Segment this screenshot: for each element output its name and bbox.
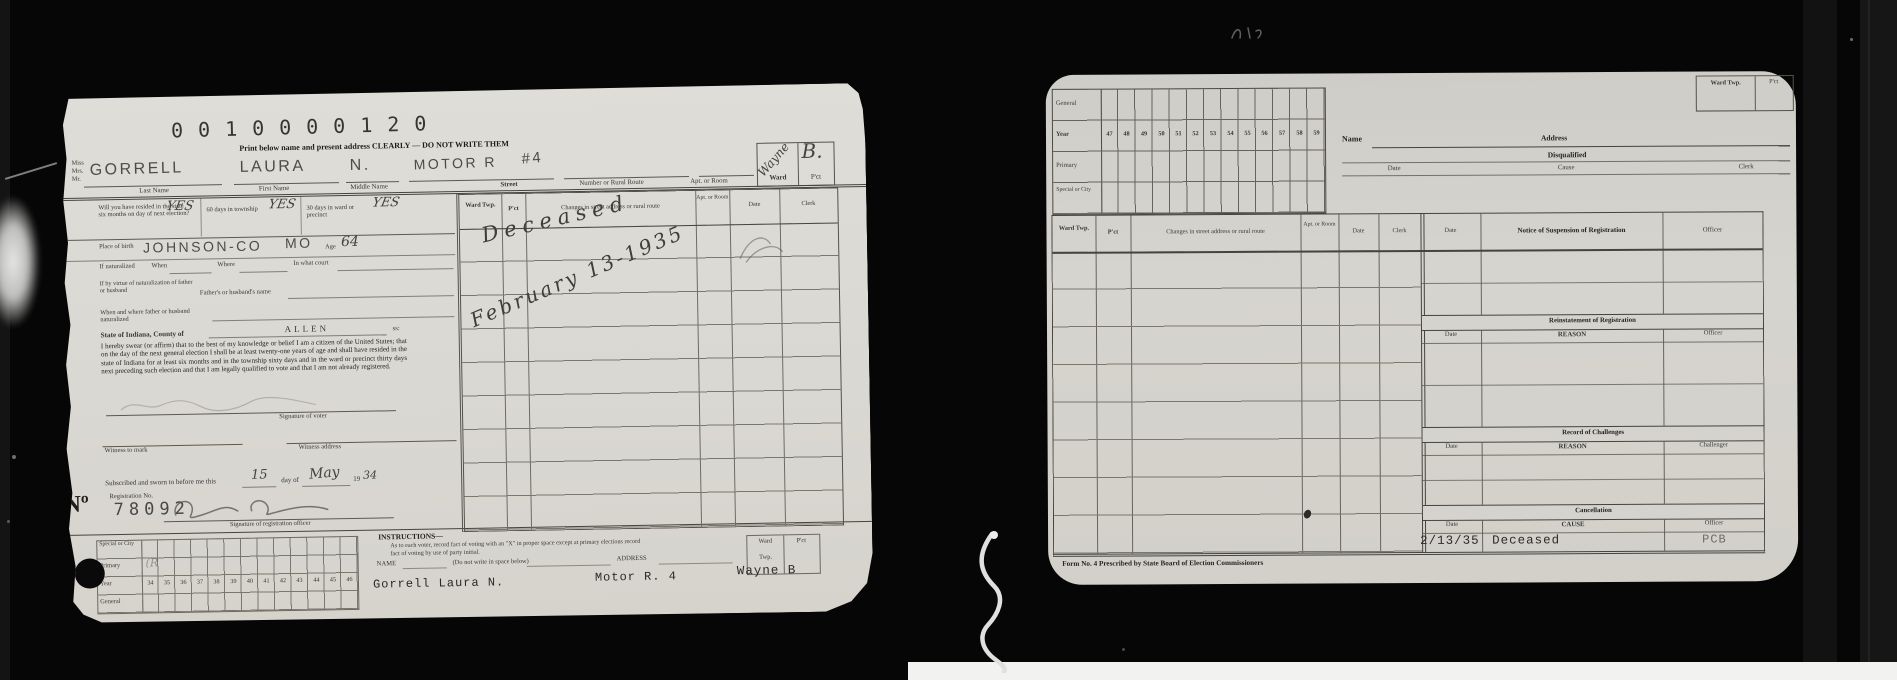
rule — [403, 567, 447, 569]
rule — [1421, 341, 1763, 344]
year-cell: 49 — [1135, 131, 1153, 138]
age-entry: 64 — [341, 235, 359, 250]
table-apt-header: Apt. or Room — [1300, 221, 1338, 228]
back-vote-row-general: General — [1056, 101, 1077, 108]
instructions-line2: fact of voting by use of party initial. — [390, 549, 479, 557]
changes-pct-header: P'ct — [501, 206, 525, 213]
index-twp-label: Twp. — [748, 554, 784, 561]
year-cell: 59 — [1308, 131, 1325, 138]
stamp-serial-number: 0010000120 — [171, 113, 442, 142]
father-name-label: Father's or husband's name — [200, 289, 271, 297]
sworn-prefix: Subscribed and sworn to before me this — [105, 478, 216, 487]
disqualified-clerk-label: Clerk — [1702, 163, 1790, 171]
table-notice-header: Notice of Suspension of Registration — [1480, 227, 1662, 235]
year-cell: 35 — [159, 580, 175, 587]
typed-address: Motor R. 4 — [595, 570, 677, 584]
film-speck — [12, 455, 16, 459]
rule — [1342, 173, 1790, 176]
street-entry: MOTOR R — [413, 155, 497, 173]
print-header: Print below name and present address CLE… — [239, 140, 509, 153]
year-cell: 41 — [258, 578, 275, 585]
sworn-day-of: day of — [281, 477, 299, 485]
prefix-miss: Miss — [72, 161, 84, 168]
challenges-date-label: Date — [1422, 444, 1482, 451]
rule — [527, 564, 611, 566]
prefix-mrs: Mrs. — [72, 169, 84, 176]
index-note: (Do not write in space below) — [453, 559, 529, 567]
prefix-mr: Mr. — [72, 177, 81, 184]
year-cell: 55 — [1239, 131, 1256, 138]
no-symbol: Nº — [63, 493, 89, 519]
year-cell: 34 — [142, 580, 159, 587]
reinstatement-officer-label: Officer — [1663, 330, 1763, 337]
vote-row-general: General — [100, 599, 120, 606]
officer-signature-label: Signature of registration officer — [230, 521, 311, 529]
when-where-label: When and where father or husband natural… — [100, 307, 210, 323]
film-pencil-mark — [1228, 22, 1272, 46]
last-name-label: Last Name — [109, 187, 199, 196]
year-cell: 38 — [208, 579, 225, 586]
back-name-label: Name — [1342, 135, 1362, 143]
cancellation-date-label: Date — [1422, 522, 1482, 529]
street-label: Street — [484, 181, 534, 189]
table-pct-header: P'ct — [1095, 230, 1130, 237]
grid-lines — [1101, 89, 1326, 214]
changes-ward-header: Ward Twp. — [459, 201, 501, 209]
year-cell: 44 — [308, 577, 325, 584]
year-cell: 48 — [1118, 132, 1135, 139]
year-cell: 39 — [225, 579, 242, 586]
film-edge-band-left — [0, 0, 10, 680]
pct-label: P'ct — [798, 173, 834, 181]
film-speck — [1122, 648, 1125, 651]
year-cell: 46 — [341, 577, 358, 584]
apt-label: Apt. or Room — [679, 177, 739, 185]
birth-label: Place of birth — [99, 243, 141, 251]
middle-name-label: Middle Name — [334, 183, 404, 191]
cancellation-officer-label: Officer — [1664, 520, 1764, 527]
divider — [300, 197, 302, 235]
if-naturalized-label: If naturalized — [99, 264, 134, 272]
rule — [1421, 383, 1763, 386]
back-corner-pct-label: P'ct — [1755, 79, 1793, 86]
rule — [659, 562, 733, 564]
year-cell: 45 — [325, 577, 341, 584]
rule — [55, 254, 455, 262]
film-edge-band-right — [1803, 0, 1837, 680]
table-officer-header: Officer — [1662, 226, 1762, 234]
instructions-title: INSTRUCTIONS— — [378, 532, 443, 541]
index-address-label: ADDRESS — [617, 556, 647, 563]
challenges-title-bar: Record of Challenges — [1423, 425, 1764, 443]
film-speck — [1850, 38, 1853, 41]
index-name-label: NAME — [377, 561, 397, 568]
changes-grid: Ward Twp. P'ct Changes in street address… — [456, 187, 844, 532]
year-cell: 36 — [175, 580, 192, 587]
table-clerk-header: Clerk — [1378, 228, 1420, 235]
residency-q2: 60 days in township — [206, 205, 264, 213]
cancellation-entry-cause: Deceased — [1492, 534, 1560, 547]
age-label: Age — [325, 244, 336, 251]
voter-card-back: Ward Twp. P'ct General Year Primary Spec… — [1046, 71, 1799, 585]
cancellation-title-bar: Cancellation — [1423, 503, 1764, 521]
index-pct-label: P'ct — [783, 538, 819, 545]
year-cell: 52 — [1187, 131, 1204, 138]
witness-address-label: Witness address — [299, 444, 342, 452]
year-cell: 40 — [242, 579, 258, 586]
film-scratch-line — [5, 162, 57, 180]
ink-spot — [1302, 509, 1312, 520]
voter-signature-label: Signature of voter — [248, 413, 358, 422]
vote-row-special: Special or City — [99, 542, 139, 548]
affidavit-body: I hereby swear (or affirm) that to the b… — [101, 337, 408, 376]
back-vote-row-special: Special or City — [1056, 187, 1098, 194]
table-changes-header: Changes in street address or rural route — [1130, 229, 1300, 236]
birth-place-entry: JOHNSON-CO — [143, 238, 262, 255]
table-ward-header: Ward Twp. — [1052, 225, 1095, 232]
year-cell: 43 — [291, 578, 308, 585]
year-cell: 51 — [1170, 131, 1187, 138]
rule — [170, 272, 212, 274]
changes-date-header: Date — [729, 201, 779, 208]
back-vote-row-year: Year — [1056, 132, 1069, 139]
primary-mark: (R — [146, 557, 159, 569]
back-voting-grid: General Year Primary Special or City 47 … — [1052, 88, 1327, 215]
back-address-label: Address — [1541, 134, 1567, 142]
year-cell: 57 — [1273, 131, 1291, 138]
year-cell: 58 — [1291, 131, 1308, 138]
birth-state-entry: MO — [285, 236, 313, 251]
year-cell: 54 — [1222, 131, 1239, 138]
sworn-year: 34 — [363, 470, 377, 482]
rule — [212, 316, 454, 321]
residency-a2: YES — [267, 198, 297, 212]
middle-name-entry: N. — [350, 158, 371, 175]
challenges-reason-label: REASON — [1482, 443, 1664, 451]
film-scratch-streak — [1868, 0, 1870, 680]
back-corner-ward-label: Ward Twp. — [1699, 79, 1753, 86]
grid-lines — [460, 222, 843, 531]
pct-entry: B. — [801, 141, 822, 162]
ss-label: ss: — [392, 325, 399, 332]
typed-ward: Wayne B — [737, 564, 797, 578]
reinstatement-title-bar: Reinstatement of Registration — [1422, 313, 1763, 331]
grid-lines — [97, 537, 358, 614]
film-blob — [0, 196, 40, 328]
changes-clerk-header: Clerk — [779, 200, 837, 208]
back-footer: Form No. 4 Prescribed by State Board of … — [1062, 560, 1263, 569]
typed-name: Gorrell Laura N. — [373, 576, 504, 591]
county-label: State of Indiana, County of — [101, 331, 184, 340]
back-main-table: Ward Twp. P'ct Changes in street address… — [1051, 211, 1765, 557]
residency-a1: YES — [165, 200, 195, 214]
cancellation-title: Cancellation — [1423, 506, 1764, 515]
table-date2-header: Date — [1420, 228, 1480, 235]
table-date-header: Date — [1338, 228, 1378, 235]
county-entry: ALLEN — [284, 324, 329, 334]
sworn-day: 15 — [251, 468, 268, 482]
rule — [240, 271, 288, 273]
year-cell: 53 — [1204, 131, 1222, 138]
year-cell: 56 — [1256, 131, 1273, 138]
cancellation-cause-label: CAUSE — [1482, 521, 1664, 529]
ward-pct-box: Ward P'ct Wayne B. — [756, 141, 835, 186]
where-label: Where — [217, 262, 235, 269]
disqualified-cause-label: Cause — [1466, 164, 1666, 172]
film-edge-band-right2 — [1860, 0, 1897, 680]
disqualified-title: Disqualified — [1342, 150, 1792, 160]
voter-card-front: 0010000120 Print below name and present … — [52, 83, 873, 625]
witness-mark-label: Witness to mark — [105, 448, 148, 456]
rule — [242, 486, 276, 488]
residency-q3: 30 days in ward or precinct — [306, 204, 368, 220]
rule — [338, 268, 454, 271]
year-cell: 47 — [1101, 132, 1118, 139]
grid-lines — [1053, 250, 1423, 554]
rule — [1372, 145, 1790, 148]
first-name-entry: LAURA — [240, 159, 306, 177]
rule — [1422, 478, 1764, 481]
rule — [288, 295, 454, 299]
last-name-entry: GORRELL — [90, 160, 184, 179]
film-speck — [7, 520, 10, 523]
grid-lines — [141, 537, 358, 613]
film-white-strip — [908, 662, 1897, 680]
residency-a3: YES — [371, 196, 401, 210]
year-cell: 42 — [275, 578, 291, 585]
rule — [1422, 453, 1764, 456]
divider — [200, 199, 202, 237]
year-cell: 50 — [1153, 131, 1170, 138]
index-ward-label: Ward — [747, 538, 783, 545]
challenges-challenger-label: Challenger — [1664, 442, 1764, 449]
disqualified-date-label: Date — [1352, 165, 1436, 173]
changes-apt-header: Apt. or Room — [695, 194, 729, 201]
reinstatement-date-label: Date — [1421, 332, 1481, 339]
when-label: When — [151, 263, 167, 270]
sworn-year-prefix: 19 — [353, 476, 360, 483]
back-vote-row-primary: Primary — [1056, 163, 1077, 170]
header-rule — [1053, 248, 1763, 253]
year-cell: 37 — [192, 579, 208, 586]
virtue-label: If by virtue of naturalization of father… — [100, 279, 196, 295]
challenges-title: Record of Challenges — [1423, 428, 1764, 437]
reinstatement-title: Reinstatement of Registration — [1422, 316, 1763, 325]
cancellation-entry-date: 2/13/35 — [1420, 535, 1480, 548]
clerk-scribble — [732, 225, 789, 268]
rule — [1421, 281, 1763, 284]
sworn-month: May — [308, 465, 340, 482]
voting-record-grid: Special or City Primary Year General (R … — [96, 536, 359, 615]
grid-lines — [1053, 89, 1326, 214]
reinstatement-reason-label: REASON — [1481, 331, 1663, 339]
divider — [141, 541, 143, 613]
rule — [302, 485, 350, 487]
film-thread — [950, 528, 1040, 673]
first-name-label: First Name — [229, 184, 319, 193]
cancellation-entry-officer: PCB — [1702, 533, 1727, 546]
number-entry: #4 — [521, 150, 544, 168]
back-corner-box: Ward Twp. P'ct — [1696, 75, 1794, 112]
court-label: In what court — [293, 260, 328, 268]
microfilm-scan: 0010000120 Print below name and present … — [0, 0, 1897, 680]
divider — [1101, 90, 1103, 214]
deceased-note-line1: Deceased — [479, 184, 659, 246]
